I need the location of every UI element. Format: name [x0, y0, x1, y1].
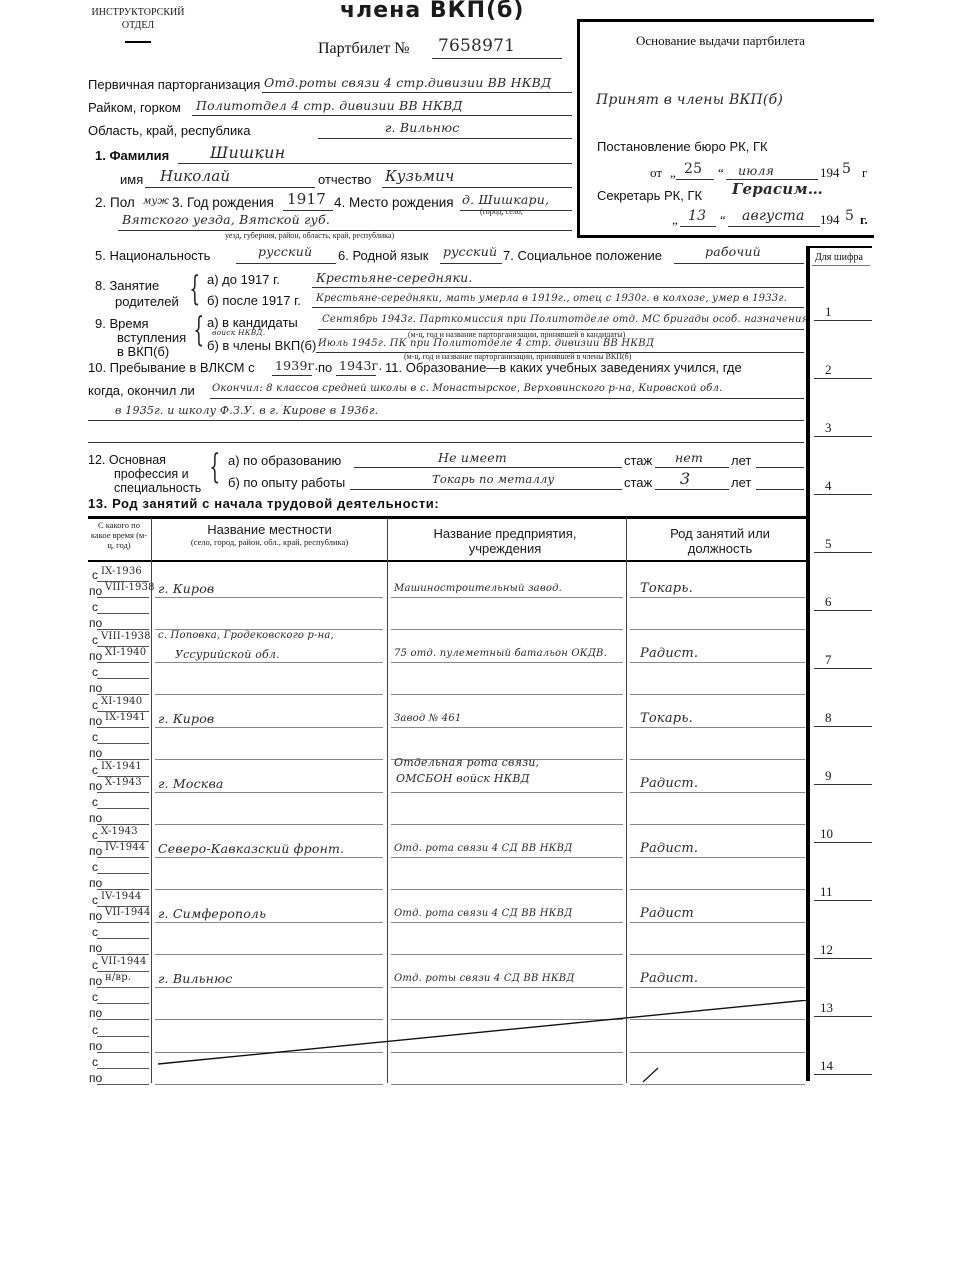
stazh-label: стаж: [624, 475, 652, 490]
birthplace-label: 4. Место рождения: [334, 195, 454, 210]
cell-line: [155, 662, 383, 663]
field-line: [145, 187, 315, 188]
candidate-value: Сентябрь 1943г. Парткомиссия при Политот…: [322, 314, 808, 325]
cipher-number: 7: [825, 652, 832, 668]
cipher-line: [814, 610, 872, 611]
cipher-line: [814, 320, 872, 321]
cell-line: [630, 694, 805, 695]
patronymic-label: отчество: [318, 172, 371, 187]
sex-label: 2. Пол: [95, 195, 135, 210]
field-line: [655, 467, 729, 468]
cipher-line: [814, 552, 872, 553]
field-line: [236, 263, 336, 264]
from-label: с: [92, 730, 98, 744]
field-line: [336, 375, 376, 376]
row-from: IX-1941: [101, 761, 142, 772]
period-line: [97, 727, 149, 728]
period-line: [97, 759, 149, 760]
cipher-number: 10: [820, 826, 833, 842]
row-from: X-1943: [101, 826, 138, 837]
cipher-line: [814, 1074, 872, 1075]
by-work-label: б) по опыту работы: [228, 475, 345, 490]
box-border-top: [577, 19, 874, 22]
cell-line: [391, 987, 623, 988]
surname-label: 1. Фамилия: [95, 148, 169, 163]
language-value: русский: [443, 244, 497, 259]
cell-line: [391, 597, 623, 598]
cipher-number: 14: [820, 1058, 833, 1074]
cell-line: [630, 629, 805, 630]
row-to: IX-1941: [105, 712, 146, 723]
cell-line: [155, 792, 383, 793]
to-label: по: [89, 779, 102, 793]
candidate-value-2: войск НКВД.: [212, 328, 265, 337]
profession-label-line3: специальность: [88, 481, 201, 495]
by-education-stazh: нет: [675, 450, 703, 465]
from-label: с: [92, 633, 98, 647]
to-label: по: [89, 649, 102, 663]
signed-year-suffix: 5: [845, 208, 854, 224]
parents-after-label: б) после 1917 г.: [207, 293, 301, 308]
period-line: [97, 678, 149, 679]
to-label: по: [89, 974, 102, 988]
period-line: [97, 613, 149, 614]
col-divider: [151, 518, 152, 1083]
birthplace-hint-2: уезд, губерния, район, область, край, ре…: [225, 231, 394, 240]
cell-line: [630, 922, 805, 923]
parents-before-label: а) до 1917 г.: [207, 272, 280, 287]
row-enterprise: Отд. роты связи 4 СД ВВ НКВД: [394, 973, 575, 984]
years-label: лет: [731, 475, 751, 490]
cipher-number: 6: [825, 594, 832, 610]
row-from: IV-1944: [101, 891, 141, 902]
signed-month: августа: [742, 208, 805, 224]
field-line: [756, 489, 804, 490]
field-line: [812, 265, 870, 266]
by-work-value: Токарь по металлу: [432, 472, 554, 486]
parents-label-line1: 8. Занятие: [95, 278, 179, 294]
cell-line: [391, 694, 623, 695]
cell-line: [630, 597, 805, 598]
field-line: [440, 263, 502, 264]
cell-line: [391, 629, 623, 630]
cell-line: [630, 954, 805, 955]
cipher-number: 1: [825, 304, 832, 320]
header-place-hint: (село, город, район, обл., край, республ…: [152, 537, 387, 547]
row-position: Радист: [640, 906, 694, 921]
parents-before-value: Крестьяне-середняки.: [316, 270, 473, 285]
box-border-left: [577, 19, 580, 238]
party-card-label: Партбилет №: [318, 40, 409, 58]
cipher-line: [814, 494, 872, 495]
by-work-stazh: 3: [680, 469, 690, 488]
field-line: [728, 226, 820, 227]
name-value: Николай: [160, 167, 230, 185]
komsomol-from: 1939г.: [275, 358, 319, 373]
cipher-number: 8: [825, 710, 832, 726]
period-line: [97, 694, 149, 695]
joining-label-line2: вступления: [95, 331, 186, 345]
cell-line: [391, 954, 623, 955]
cell-line: [391, 727, 623, 728]
row-to: н/вр.: [105, 972, 131, 983]
cipher-line: [814, 784, 872, 785]
field-line: [88, 420, 804, 421]
row-to: X-1943: [105, 777, 142, 788]
language-label: 6. Родной язык: [338, 248, 428, 263]
table-header-border: [88, 560, 808, 562]
issuance-basis: Принят в члены ВКП(б): [596, 92, 783, 108]
field-line: [655, 489, 729, 490]
field-line: [676, 179, 714, 180]
period-line: [97, 824, 149, 825]
row-enterprise: 75 отд. пулеметный батальон ОКДВ.: [394, 648, 607, 659]
resolution-day: 25: [684, 161, 702, 177]
row-place: г. Вильнюс: [158, 971, 233, 986]
quote-mark: “: [718, 165, 724, 181]
cipher-number: 2: [825, 362, 832, 378]
social-value: рабочий: [705, 244, 761, 259]
primary-org-value: Отд.роты связи 4 стр.дивизии ВВ НКВД: [264, 75, 551, 90]
cipher-number: 5: [825, 536, 832, 552]
from-label: с: [92, 568, 98, 582]
field-line: [312, 287, 804, 288]
period-line: [97, 808, 149, 809]
nationality-value: русский: [258, 244, 312, 259]
quote-mark: “: [720, 212, 726, 228]
row-place: г. Москва: [158, 776, 224, 791]
row-place-2: Уссурийской обл.: [175, 648, 280, 661]
cell-line: [630, 824, 805, 825]
from-label: с: [92, 925, 98, 939]
by-education-value: Не имеет: [438, 450, 507, 465]
field-line: [674, 263, 804, 264]
to-label: по: [89, 811, 102, 825]
field-line: [210, 398, 804, 399]
cell-line: [630, 759, 805, 760]
period-line: [97, 954, 149, 955]
brace: {: [193, 313, 204, 347]
from-label: с: [92, 698, 98, 712]
joining-label-line1: 9. Время: [95, 317, 186, 331]
to-label: по: [89, 746, 102, 760]
cipher-line: [814, 958, 872, 959]
to-label: по: [89, 909, 102, 923]
period-line: [97, 662, 149, 663]
field-line: [88, 442, 804, 443]
profession-label-line1: 12. Основная: [88, 453, 201, 467]
cell-line: [155, 922, 383, 923]
row-from: XI-1940: [101, 696, 142, 707]
period-line: [97, 922, 149, 923]
parents-after-value: Крестьяне-середняки, мать умерла в 1919г…: [316, 293, 787, 304]
field-line: [272, 375, 312, 376]
row-position: Радист.: [640, 841, 698, 856]
surname-value: Шишкин: [210, 143, 285, 162]
birthplace-value-2: Вятского уезда, Вятской губ.: [122, 212, 330, 227]
row-position: Радист.: [640, 646, 698, 661]
field-line: [382, 187, 572, 188]
member-label: б) в члены ВКП(б): [207, 338, 316, 353]
row-to: VIII-1938: [105, 582, 155, 593]
resolution-month: июля: [738, 163, 774, 178]
to-label: по: [89, 584, 102, 598]
sex-value: муж: [143, 196, 169, 207]
education-value-2: в 1935г. и школу Ф.З.У. в г. Кирове в 19…: [115, 404, 378, 417]
header-place: Название местности (село, город, район, …: [152, 522, 387, 547]
cell-line: [155, 694, 383, 695]
cell-line: [155, 597, 383, 598]
period-line: [97, 857, 149, 858]
row-place: г. Киров: [158, 711, 214, 726]
row-enterprise: Отд. рота связи 4 СД ВВ НКВД: [394, 908, 572, 919]
department-line2: ОТДЕЛ: [78, 19, 198, 32]
by-education-label: а) по образованию: [228, 453, 341, 468]
field-line: [680, 226, 716, 227]
quote-mark: „: [670, 165, 676, 181]
period-line: [97, 987, 149, 988]
joining-label: 9. Время вступления в ВКП(б): [95, 317, 186, 359]
row-from: IX-1936: [101, 566, 142, 577]
row-enterprise: Отд. рота связи 4 СД ВВ НКВД: [394, 843, 572, 854]
signed-year-prefix: 194: [820, 212, 840, 228]
period-line: [97, 873, 149, 874]
birthplace-hint-1: (город, село,: [480, 207, 523, 216]
period-line: [97, 629, 149, 630]
to-label: по: [89, 941, 102, 955]
field-line: [283, 210, 333, 211]
komsomol-to-label: по: [318, 360, 332, 375]
cipher-line: [814, 668, 872, 669]
field-line: [350, 489, 622, 490]
to-label: по: [89, 844, 102, 858]
nationality-label: 5. Национальность: [95, 248, 210, 263]
from-label: с: [92, 958, 98, 972]
cell-line: [391, 889, 623, 890]
cipher-line: [814, 1016, 872, 1017]
from-label: от: [650, 165, 662, 181]
from-label: с: [92, 665, 98, 679]
birth-year-label: 3. Год рождения: [172, 195, 274, 210]
career-section-label: 13. Род занятий с начала трудовой деятел…: [88, 496, 439, 511]
row-position: Токарь.: [640, 711, 693, 726]
patronymic-value: Кузьмич: [385, 167, 455, 185]
col-divider: [387, 518, 388, 1083]
social-label: 7. Социальное положение: [503, 248, 662, 263]
profession-label-line2: профессия и: [88, 467, 201, 481]
raikom-value: Политотдел 4 стр. дивизии ВВ НКВД: [196, 98, 463, 113]
education-label-2: когда, окончил ли: [88, 383, 195, 398]
cell-line: [630, 987, 805, 988]
cipher-line: [814, 378, 872, 379]
period-line: [97, 743, 149, 744]
cipher-number: 3: [825, 420, 832, 436]
row-enterprise: Машиностроительный завод.: [394, 583, 562, 594]
raikom-label: Райком, горком: [88, 100, 181, 115]
box-border-bottom: [577, 235, 874, 238]
name-label: имя: [120, 172, 143, 187]
resolution-year-prefix: 194: [820, 165, 840, 181]
secretary-signature: Герасим…: [732, 180, 823, 198]
resolution-year-suffix: 5: [842, 161, 851, 177]
birthplace-value-1: д. Шишкари,: [462, 192, 549, 207]
cipher-number: 9: [825, 768, 832, 784]
field-line: [756, 467, 804, 468]
row-to: IV-1944: [105, 842, 145, 853]
row-place: с. Поповка, Гродековского р-на,: [158, 630, 334, 641]
stazh-label: стаж: [624, 453, 652, 468]
field-line: [432, 58, 562, 59]
to-label: по: [89, 714, 102, 728]
row-to: XI-1940: [105, 647, 146, 658]
cipher-line: [814, 842, 872, 843]
komsomol-label: 10. Пребывание в ВЛКСМ с: [88, 360, 255, 375]
row-position: Токарь.: [640, 581, 693, 596]
col-divider: [626, 518, 627, 1083]
cipher-number: 13: [820, 1000, 833, 1016]
birth-year-value: 1917: [287, 190, 326, 208]
parents-label-line2: родителей: [95, 294, 179, 310]
cell-line: [391, 662, 623, 663]
cell-line: [630, 889, 805, 890]
secretary-label: Секретарь РК, ГК: [597, 188, 702, 203]
from-label: с: [92, 860, 98, 874]
cipher-line: [814, 900, 872, 901]
from-label: с: [92, 893, 98, 907]
cipher-line: [814, 436, 872, 437]
header-enterprise: Название предприятия, учреждения: [410, 526, 600, 556]
department-line1: ИНСТРУКТОРСКИЙ: [78, 6, 198, 19]
cell-line: [155, 987, 383, 988]
from-label: с: [92, 795, 98, 809]
row-to: VII-1944: [105, 907, 151, 918]
row-enterprise-2: ОМСБОН войск НКВД: [396, 772, 530, 785]
divider: [125, 41, 151, 43]
period-line: [97, 889, 149, 890]
cipher-line: [814, 726, 872, 727]
row-position: Радист.: [640, 776, 698, 791]
row-place: г. Киров: [158, 581, 214, 596]
header-period: С какого по какое время (м-ц, год): [88, 520, 150, 550]
row-from: VII-1944: [101, 956, 147, 967]
cell-line: [630, 662, 805, 663]
joining-label-line3: в ВКП(б): [95, 345, 186, 359]
education-value-1: Окончил: 8 классов средней школы в с. Мо…: [212, 383, 722, 394]
to-label: по: [89, 876, 102, 890]
strike-line: [88, 1000, 813, 1090]
years-label: лет: [731, 453, 751, 468]
cell-line: [391, 857, 623, 858]
cell-line: [391, 792, 623, 793]
cell-line: [155, 824, 383, 825]
from-label: с: [92, 763, 98, 777]
brace: {: [189, 272, 200, 306]
cipher-number: 12: [820, 942, 833, 958]
row-place: г. Симферополь: [158, 906, 266, 921]
quote-mark: „: [672, 212, 678, 228]
field-line: [318, 138, 572, 139]
field-line: [354, 467, 622, 468]
profession-label: 12. Основная профессия и специальность: [88, 453, 201, 495]
cell-line: [155, 857, 383, 858]
row-position: Радист.: [640, 971, 698, 986]
komsomol-to: 1943г.: [339, 358, 383, 373]
cell-line: [155, 727, 383, 728]
cell-line: [630, 727, 805, 728]
cipher-border: [806, 246, 810, 1081]
field-line: [192, 115, 572, 116]
to-label: по: [89, 681, 102, 695]
signed-day: 13: [688, 208, 706, 224]
cell-line: [155, 889, 383, 890]
row-place: Северо-Кавказский фронт.: [158, 841, 344, 856]
period-line: [97, 597, 149, 598]
primary-org-label: Первичная парторганизация: [88, 77, 260, 92]
field-line: [178, 163, 572, 164]
brace: {: [209, 450, 220, 484]
cipher-number: 11: [820, 884, 833, 900]
period-line: [97, 792, 149, 793]
parents-label: 8. Занятие родителей: [95, 278, 179, 310]
document-title: члена ВКП(б): [340, 0, 524, 23]
cell-line: [630, 792, 805, 793]
period-line: [97, 938, 149, 939]
cell-line: [391, 922, 623, 923]
resolution-label: Постановление бюро РК, ГК: [597, 139, 768, 154]
header-position: Род занятий или должность: [650, 526, 790, 556]
cell-line: [630, 857, 805, 858]
education-label: 11. Образование—в каких учебных заведени…: [385, 360, 742, 375]
cell-line: [391, 824, 623, 825]
to-label: по: [89, 616, 102, 630]
cipher-number: 4: [825, 478, 832, 494]
region-label: Область, край, республика: [88, 123, 250, 138]
region-value: г. Вильнюс: [385, 120, 460, 135]
from-label: с: [92, 600, 98, 614]
from-label: с: [92, 828, 98, 842]
cipher-label: Для шифра: [815, 252, 863, 263]
header-place-title: Название местности: [152, 522, 387, 537]
signed-year-unit: г.: [860, 212, 868, 228]
party-card-number: 7658971: [438, 36, 515, 56]
field-line: [312, 307, 804, 308]
department-label: ИНСТРУКТОРСКИЙ ОТДЕЛ: [78, 6, 198, 32]
row-from: VIII-1938: [101, 631, 151, 642]
table-top-border: [88, 516, 808, 519]
year-unit: г: [862, 165, 867, 181]
row-enterprise: Завод № 461: [394, 713, 461, 724]
cell-line: [155, 954, 383, 955]
row-enterprise: Отдельная рота связи,: [394, 756, 539, 769]
field-line: [262, 92, 572, 93]
issuance-title: Основание выдачи партбилета: [636, 33, 805, 49]
cipher-top-border: [806, 246, 872, 248]
member-value: Июль 1945г. ПК при Политотделе 4 стр. ди…: [318, 338, 654, 349]
cell-line: [155, 759, 383, 760]
